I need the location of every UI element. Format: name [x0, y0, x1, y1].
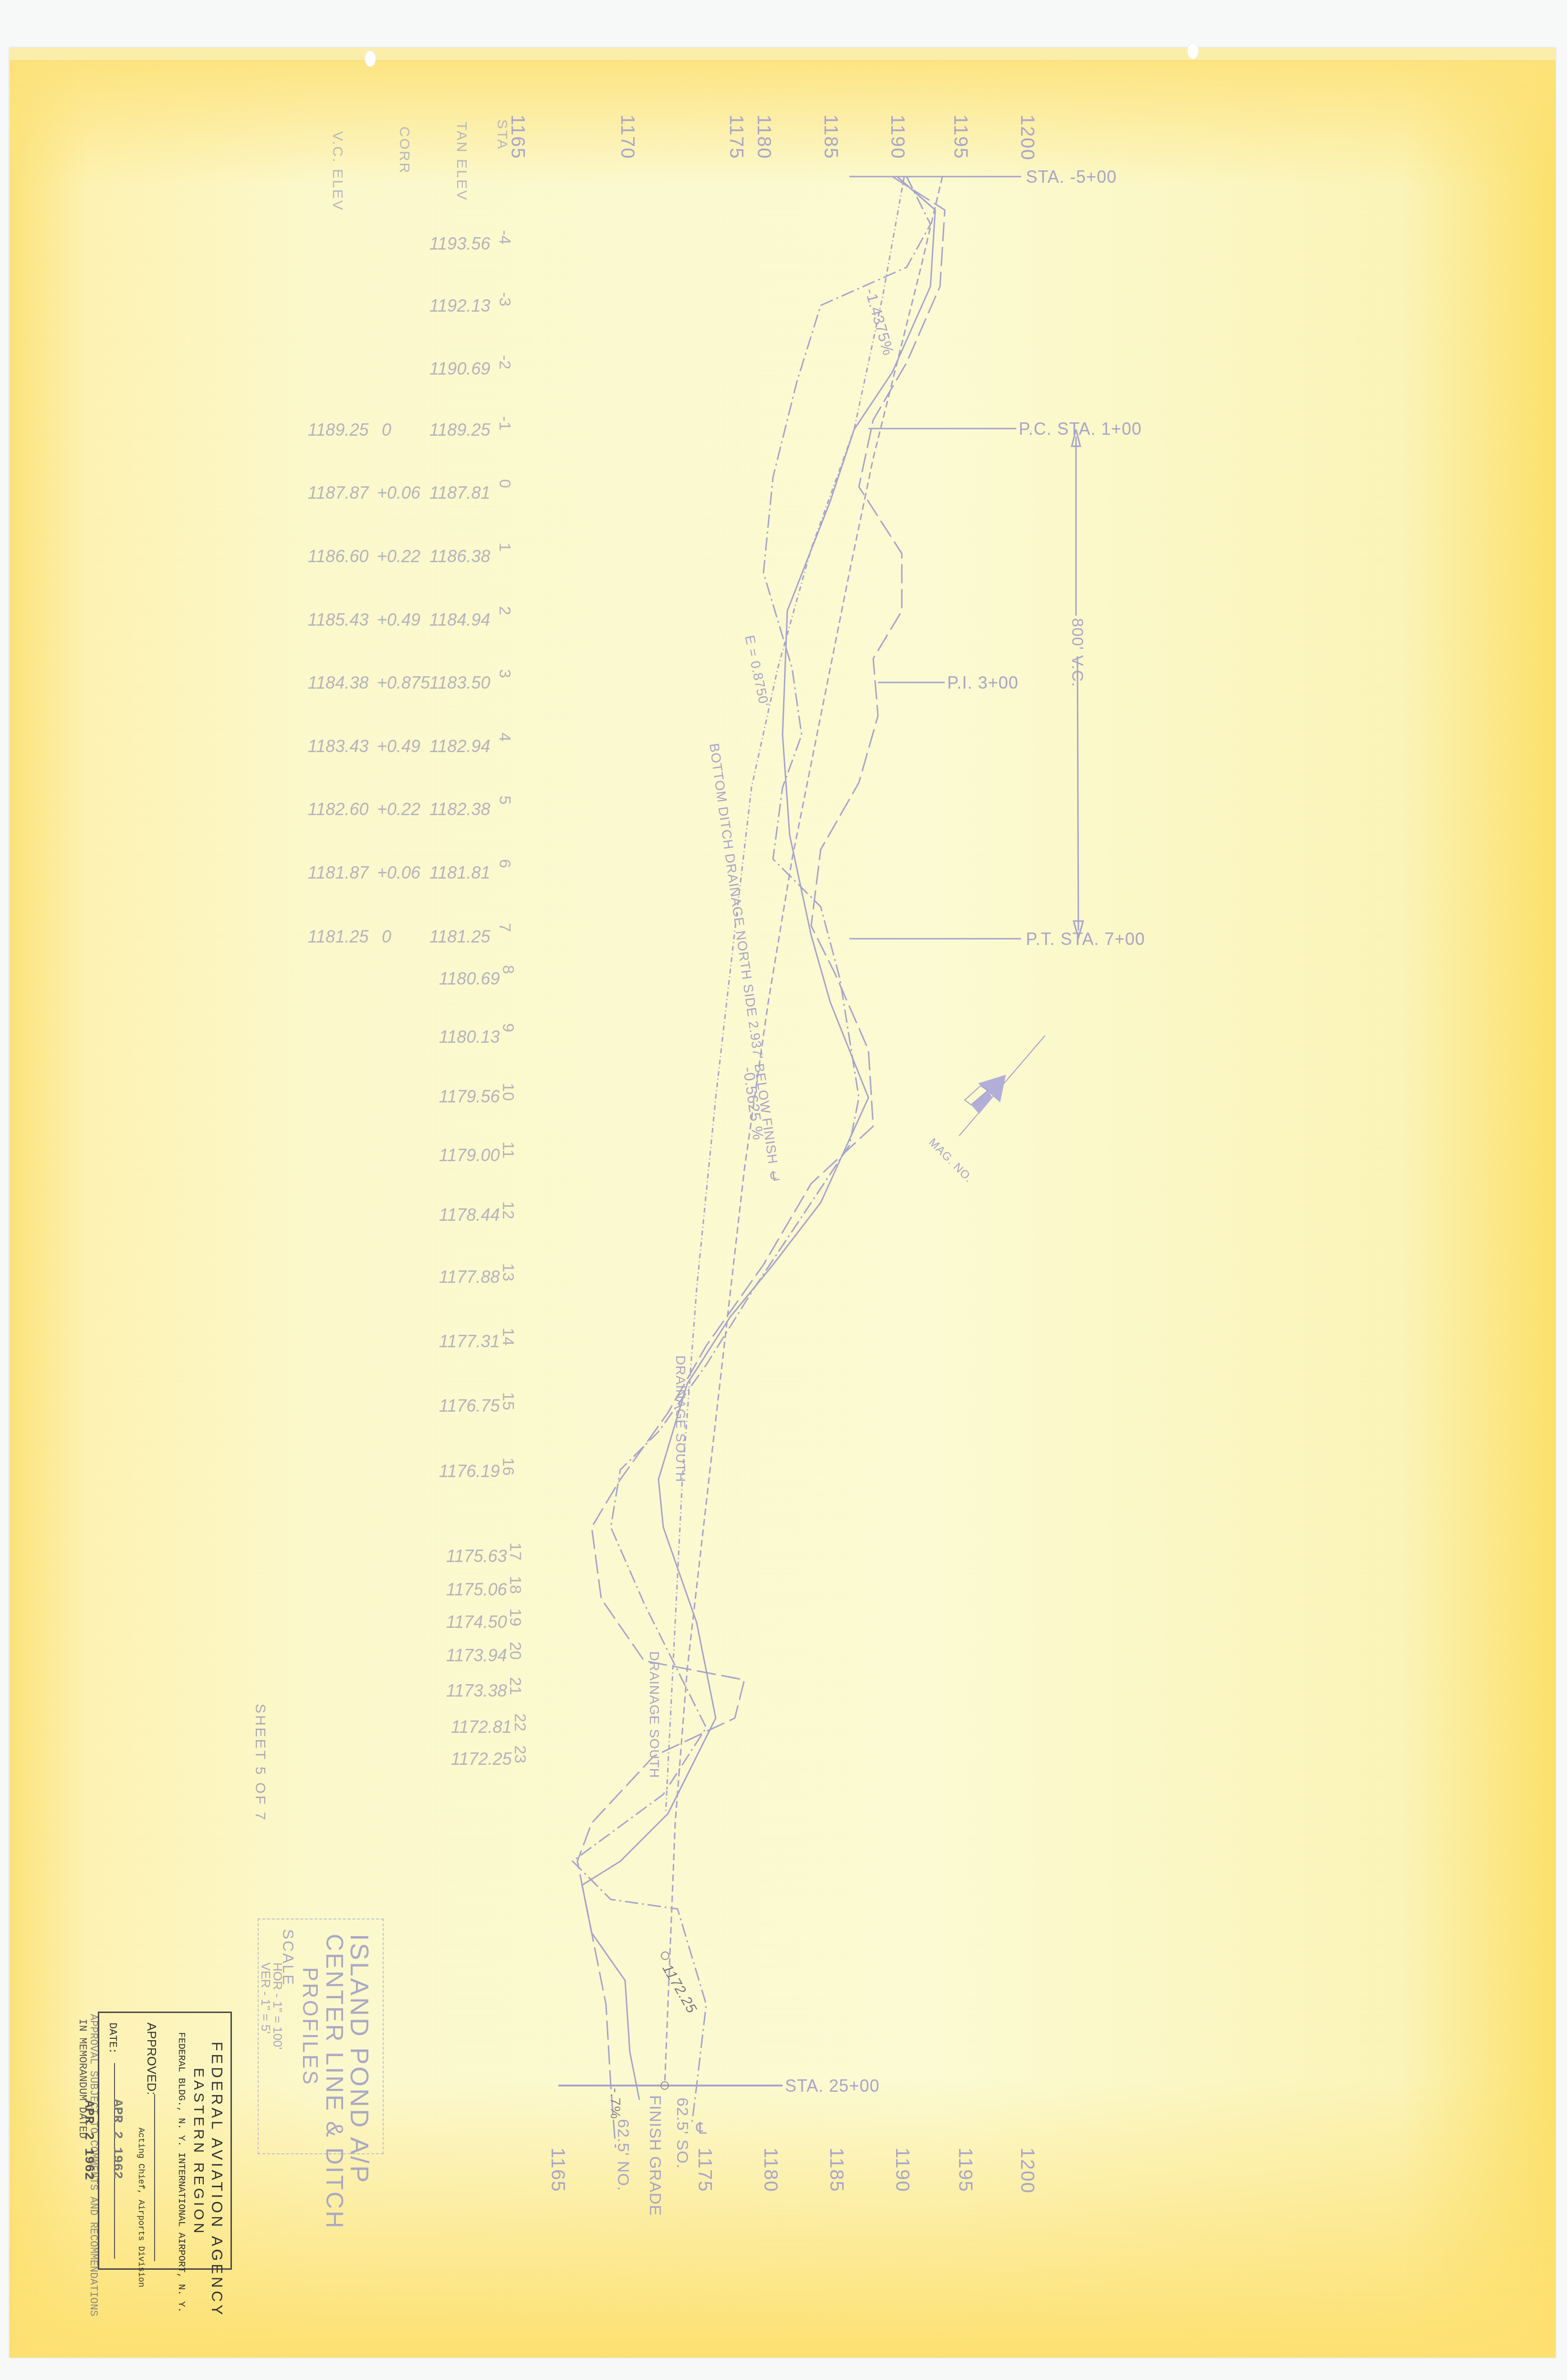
title-line-1: ISLAND POND A/P — [345, 1934, 374, 2184]
tick-bottom-1185: 1185 — [825, 2148, 847, 2192]
header-corr: CORR — [396, 126, 412, 174]
tick-1200: 1200 — [1016, 115, 1038, 161]
stamp-region: EASTERN REGION — [190, 2068, 207, 2236]
stamp-memo-date: APR 2 1962 — [81, 2100, 96, 2180]
handwritten-minus-grade: -.7% — [607, 2088, 623, 2119]
approved-signature-line — [154, 2094, 155, 2261]
title-block: ISLAND POND A/P CENTER LINE & DITCH PROF… — [258, 1919, 384, 2154]
tick-1185: 1185 — [820, 115, 841, 159]
callout-sta-start: STA. -5+00 — [1026, 167, 1117, 187]
stamp-signatory-title: Acting Chief, Airports Division — [136, 2128, 146, 2287]
callout-drainage-south-2: DRAINAGE SOUTH — [647, 1651, 662, 1778]
callout-pt: P.T. STA. 7+00 — [1026, 929, 1145, 949]
stamp-agency: FEDERAL AVIATION AGENCY — [208, 2042, 226, 2317]
callout-vc-length: 800' V.C. — [1068, 618, 1086, 687]
profile-chart — [0, 0, 1567, 2380]
tick-1195: 1195 — [950, 115, 971, 159]
north-arrow-icon — [965, 1075, 1006, 1114]
legend-finish-grade: FINISH GRADE — [646, 2095, 664, 2216]
callout-sta-end: STA. 25+00 — [785, 2076, 879, 2096]
header-tan-elev: TAN ELEV — [453, 122, 470, 201]
legend-62-5-no: 62.5' NO. — [614, 2119, 632, 2191]
header-sta: STA — [494, 119, 510, 150]
tick-bottom-1195: 1195 — [954, 2148, 976, 2192]
stamp-approved-label: APPROVED: — [144, 2023, 159, 2095]
scale-ver: VER - 1" = 5' — [258, 1962, 273, 2034]
callout-pc: P.C. STA. 1+00 — [1019, 419, 1142, 439]
approval-stamp: FEDERAL AVIATION AGENCY EASTERN REGION F… — [98, 2012, 232, 2270]
tick-bottom-1165: 1165 — [547, 2148, 568, 2192]
callout-drainage-south-1: DRAINAGE SOUTH — [673, 1355, 688, 1482]
stamp-date-label: DATE: — [106, 2023, 118, 2054]
title-line-2: CENTER LINE & DITCH — [321, 1934, 348, 2230]
tick-1190: 1190 — [887, 115, 908, 159]
tick-bottom-1175: 1175 — [694, 2148, 715, 2192]
tick-bottom-1180: 1180 — [760, 2148, 781, 2192]
tick-1180: 1180 — [753, 115, 774, 159]
header-vc-elev: V.C. ELEV — [329, 131, 345, 211]
legend-centerline: ℄ — [692, 2119, 711, 2139]
callout-pi: P.I. 3+00 — [947, 673, 1018, 693]
tick-1170: 1170 — [616, 115, 638, 159]
tick-bottom-1200: 1200 — [1016, 2148, 1038, 2194]
legend-62-5-so: 62.5' SO. — [673, 2097, 691, 2169]
stamp-address: FEDERAL BLDG., N. Y. INTERNATIONAL AIRPO… — [176, 2032, 187, 2313]
stamp-date-value: APR 2 1962 — [110, 2099, 125, 2179]
sheet-number: SHEET 5 OF 7 — [252, 1704, 268, 1822]
tick-bottom-1190: 1190 — [891, 2148, 913, 2192]
title-line-3: PROFILES — [298, 1967, 322, 2086]
tick-1175: 1175 — [725, 115, 747, 159]
